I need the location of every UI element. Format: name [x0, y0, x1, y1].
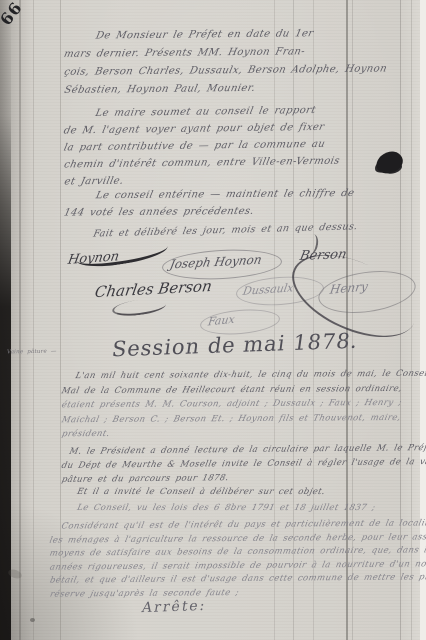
- manuscript-paragraph-ouverture: L'an mil huit cent soixante dix-huit, le…: [60, 367, 422, 442]
- manuscript-line: pâture et du parcours pour 1878.: [60, 469, 425, 487]
- manuscript-closing-formula: Fait et délibéré les jour, mois et an qu…: [92, 219, 422, 239]
- pen-overstrike-flourish: [75, 236, 169, 271]
- binding-edge: [0, 0, 11, 640]
- manuscript-paragraph-rapport: Le maire soumet au conseil le rapport de…: [61, 101, 418, 191]
- fold-line: [19, 0, 21, 640]
- manuscript-paragraph-considerant: Considérant qu'il est de l'intérêt du pa…: [48, 517, 421, 601]
- signature: Charles Berson: [94, 277, 214, 301]
- manuscript-line: 144 voté les années précédentes.: [62, 201, 422, 221]
- ruled-line: [33, 0, 34, 640]
- signature-flourish: [161, 247, 282, 282]
- manuscript-paragraph-lois: Le Conseil, vu les lois des 6 8bre 1791 …: [76, 503, 416, 513]
- scanned-register-page: 66 De Monsieur le Préfet en date du 1er …: [0, 0, 426, 640]
- ink-smudge: [30, 618, 35, 622]
- manuscript-line: Fait et délibéré les jour, mois et an qu…: [92, 219, 424, 239]
- manuscript-paragraph-prefet: De Monsieur le Préfet en date du 1er mar…: [62, 24, 419, 100]
- margin-note: Vaine pâture —: [7, 349, 57, 356]
- manuscript-line: réserve jusqu'après la seconde faute ;: [48, 585, 423, 602]
- session-heading: Session de mai 1878.: [110, 329, 360, 362]
- manuscript-line: Sébastien, Hoynon Paul, Mounier.: [62, 78, 422, 100]
- manuscript-paragraph-invitation: Et il a invité le Conseil à délibérer su…: [76, 487, 416, 497]
- signature-flourish: [111, 297, 166, 318]
- manuscript-line: président.: [60, 425, 425, 442]
- manuscript-line: Et il a invité le Conseil à délibérer su…: [76, 487, 418, 497]
- closing-word: Arrête:: [141, 598, 208, 616]
- manuscript-paragraph-vote: Le conseil entérine — maintient le chiff…: [62, 184, 418, 221]
- manuscript-line: Le Conseil, vu les lois des 6 8bre 1791 …: [76, 503, 418, 513]
- manuscript-paragraph-circulaire: M. le Président a donné lecture de la ci…: [60, 441, 422, 487]
